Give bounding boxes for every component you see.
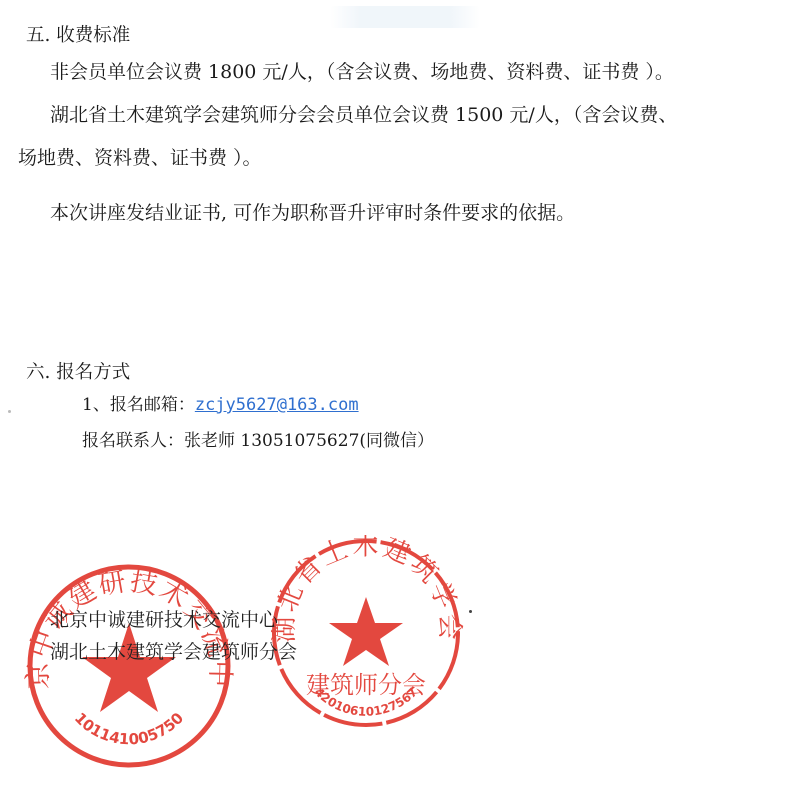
paragraph-member-fee-cont: 场地费、资料费、证书费 ）。 (18, 146, 262, 170)
email-line: 1、报名邮箱：zcjy5627@163.com (82, 393, 359, 417)
stamp-hubei-architects: 湖北省土木建筑学会 建筑师分会 42010610127567 (268, 535, 464, 731)
scan-speck (8, 410, 11, 413)
section6-heading: 六. 报名方式 (26, 361, 130, 385)
paragraph-member-fee: 湖北省土木建筑学会建筑师分会会员单位会议费 1500 元/人，（含会议费、 (50, 103, 677, 127)
stamp-beijing-zhongcheng: 北京中诚建研技术交流中心 11011410057500 (24, 561, 234, 771)
star-icon (82, 623, 176, 712)
paragraph-nonmember-fee: 非会员单位会议费 1800 元/人，（含会议费、场地费、资料费、证书费 ）。 (50, 60, 674, 84)
email-link[interactable]: zcjy5627@163.com (195, 395, 359, 415)
contact-line: 报名联系人：张老师 13051075627(同微信） (82, 429, 434, 453)
signature-org-2: 湖北土木建筑学会建筑师分会 (50, 640, 297, 664)
scan-speck (469, 610, 472, 613)
email-label: 1、报名邮箱： (82, 395, 195, 415)
star-icon (329, 597, 403, 666)
paragraph-certificate: 本次讲座发结业证书, 可作为职称晋升评审时条件要求的依据。 (50, 201, 575, 225)
section5-heading: 五. 收费标准 (26, 24, 130, 48)
signature-org-1: 北京中诚建研技术交流中心 (50, 608, 278, 632)
faint-bleed-through (330, 6, 480, 28)
